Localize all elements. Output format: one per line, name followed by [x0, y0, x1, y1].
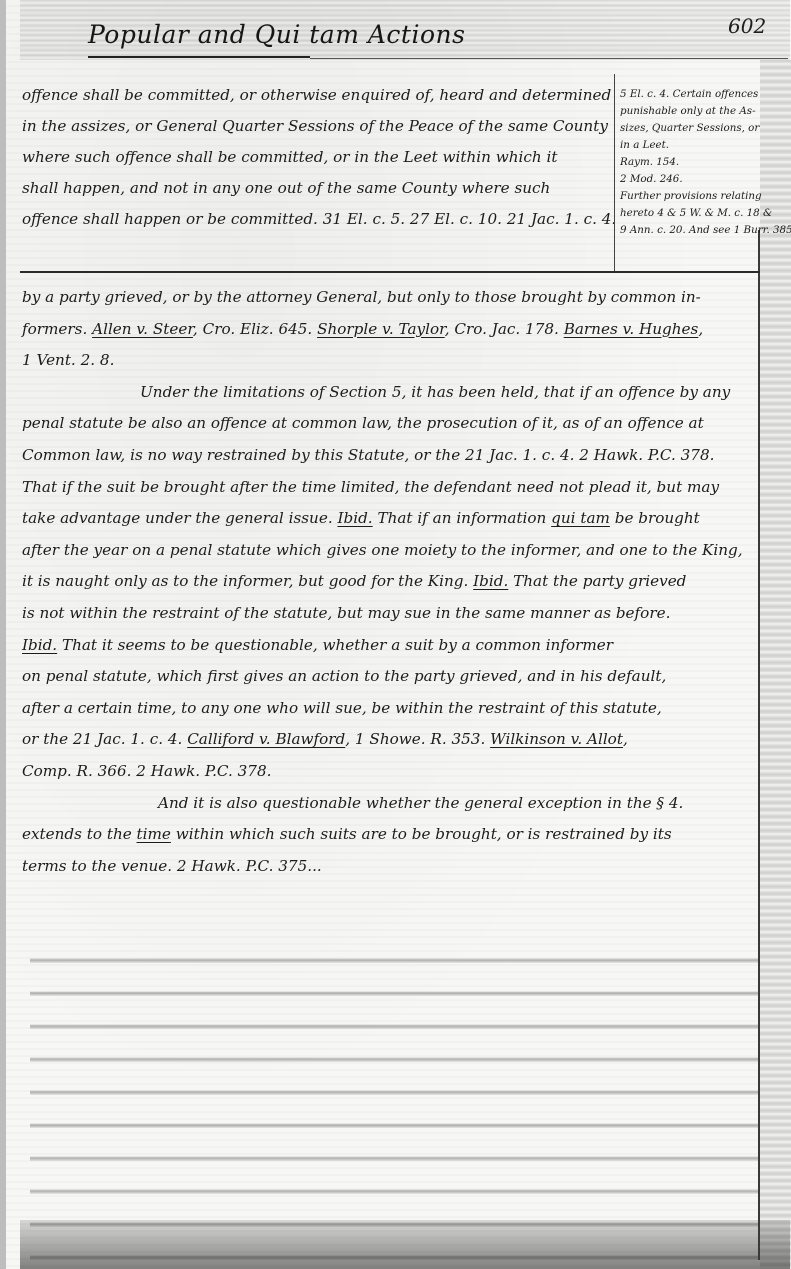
text-line: Common law, is no way restrained by this… — [22, 440, 762, 472]
case-citation: Calliford v. Blawford — [187, 730, 345, 748]
text-line: penal statute be also an offence at comm… — [22, 408, 762, 440]
manuscript-page: Popular and Qui tam Actions 602 offence … — [0, 0, 791, 1269]
margin-note-line: hereto 4 & 5 W. & M. c. 18 & — [620, 205, 760, 222]
text-span: it is naught only as to the informer, bu… — [22, 572, 473, 590]
scan-noise-bottom — [20, 1220, 790, 1269]
text-line: That if the suit be brought after the ti… — [22, 472, 762, 504]
text-line: or the 21 Jac. 1. c. 4. Calliford v. Bla… — [22, 724, 762, 756]
margin-note-line: Further provisions relating — [620, 188, 760, 205]
text-line: formers. Allen v. Steer, Cro. Eliz. 645.… — [22, 314, 762, 346]
page-number: 602 — [728, 14, 766, 38]
text-span: That the party grieved — [508, 572, 686, 590]
text-span: formers. — [22, 320, 92, 338]
text-line: Under the limitations of Section 5, it h… — [22, 377, 762, 409]
ibid-reference: Ibid. — [22, 636, 57, 654]
text-span: , Cro. Eliz. 645. — [193, 320, 317, 338]
text-line: 1 Vent. 2. 8. — [22, 345, 762, 377]
blank-ruled-lines — [30, 930, 760, 1269]
margin-note-line: punishable only at the As- — [620, 103, 760, 120]
margin-note-line: sizes, Quarter Sessions, or — [620, 120, 760, 137]
case-citation: Barnes v. Hughes — [564, 320, 699, 338]
ibid-reference: Ibid. — [473, 572, 508, 590]
text-line: And it is also questionable whether the … — [22, 788, 762, 820]
case-citation: Allen v. Steer — [92, 320, 193, 338]
emphasized-term: time — [137, 825, 171, 843]
margin-note-line: 2 Mod. 246. — [620, 171, 760, 188]
text-line: take advantage under the general issue. … — [22, 503, 762, 535]
margin-note: 5 El. c. 4. Certain offences punishable … — [620, 86, 760, 239]
text-line: by a party grieved, or by the attorney G… — [22, 282, 762, 314]
text-span: , — [698, 320, 703, 338]
text-span: That if an information — [373, 509, 552, 527]
text-span: or the 21 Jac. 1. c. 4. — [22, 730, 187, 748]
scan-edge — [0, 0, 6, 1269]
text-line: is not within the restraint of the statu… — [22, 598, 762, 630]
text-line: where such offence shall be committed, o… — [22, 142, 612, 173]
case-citation: Wilkinson v. Allot — [490, 730, 623, 748]
top-section-text: offence shall be committed, or otherwise… — [22, 80, 612, 235]
text-span: be brought — [610, 509, 700, 527]
title-underline — [88, 56, 310, 58]
text-line: Comp. R. 366. 2 Hawk. P.C. 378. — [22, 756, 762, 788]
section-divider — [20, 271, 760, 273]
margin-note-line: 9 Ann. c. 20. And see 1 Burr. 385. — [620, 222, 760, 239]
margin-column-rule — [614, 74, 615, 272]
text-span: , Cro. Jac. 178. — [445, 320, 564, 338]
qui-tam-term: qui tam — [551, 509, 610, 527]
text-line: on penal statute, which first gives an a… — [22, 661, 762, 693]
margin-note-line: Raym. 154. — [620, 154, 760, 171]
page-title: Popular and Qui tam Actions — [88, 20, 465, 49]
margin-note-line: 5 El. c. 4. Certain offences — [620, 86, 760, 103]
text-span: That it seems to be questionable, whethe… — [57, 636, 613, 654]
text-line: offence shall happen or be committed. 31… — [22, 204, 612, 235]
margin-note-line: in a Leet. — [620, 137, 760, 154]
text-line: extends to the time within which such su… — [22, 819, 762, 851]
text-line: Ibid. That it seems to be questionable, … — [22, 630, 762, 662]
text-line: it is naught only as to the informer, bu… — [22, 566, 762, 598]
text-line: shall happen, and not in any one out of … — [22, 173, 612, 204]
text-span: , 1 Showe. R. 353. — [345, 730, 490, 748]
text-line: after the year on a penal statute which … — [22, 535, 762, 567]
text-span: , — [623, 730, 628, 748]
text-line: offence shall be committed, or otherwise… — [22, 80, 612, 111]
ibid-reference: Ibid. — [337, 509, 372, 527]
header-rule — [310, 58, 788, 59]
scan-noise-right — [760, 60, 791, 1269]
text-span: extends to the — [22, 825, 137, 843]
body-text: by a party grieved, or by the attorney G… — [22, 282, 762, 882]
text-span: take advantage under the general issue. — [22, 509, 337, 527]
text-line: in the assizes, or General Quarter Sessi… — [22, 111, 612, 142]
text-line: after a certain time, to any one who wil… — [22, 693, 762, 725]
case-citation: Shorple v. Taylor — [317, 320, 445, 338]
text-line: terms to the venue. 2 Hawk. P.C. 375... — [22, 851, 762, 883]
text-span: within which such suits are to be brough… — [171, 825, 672, 843]
